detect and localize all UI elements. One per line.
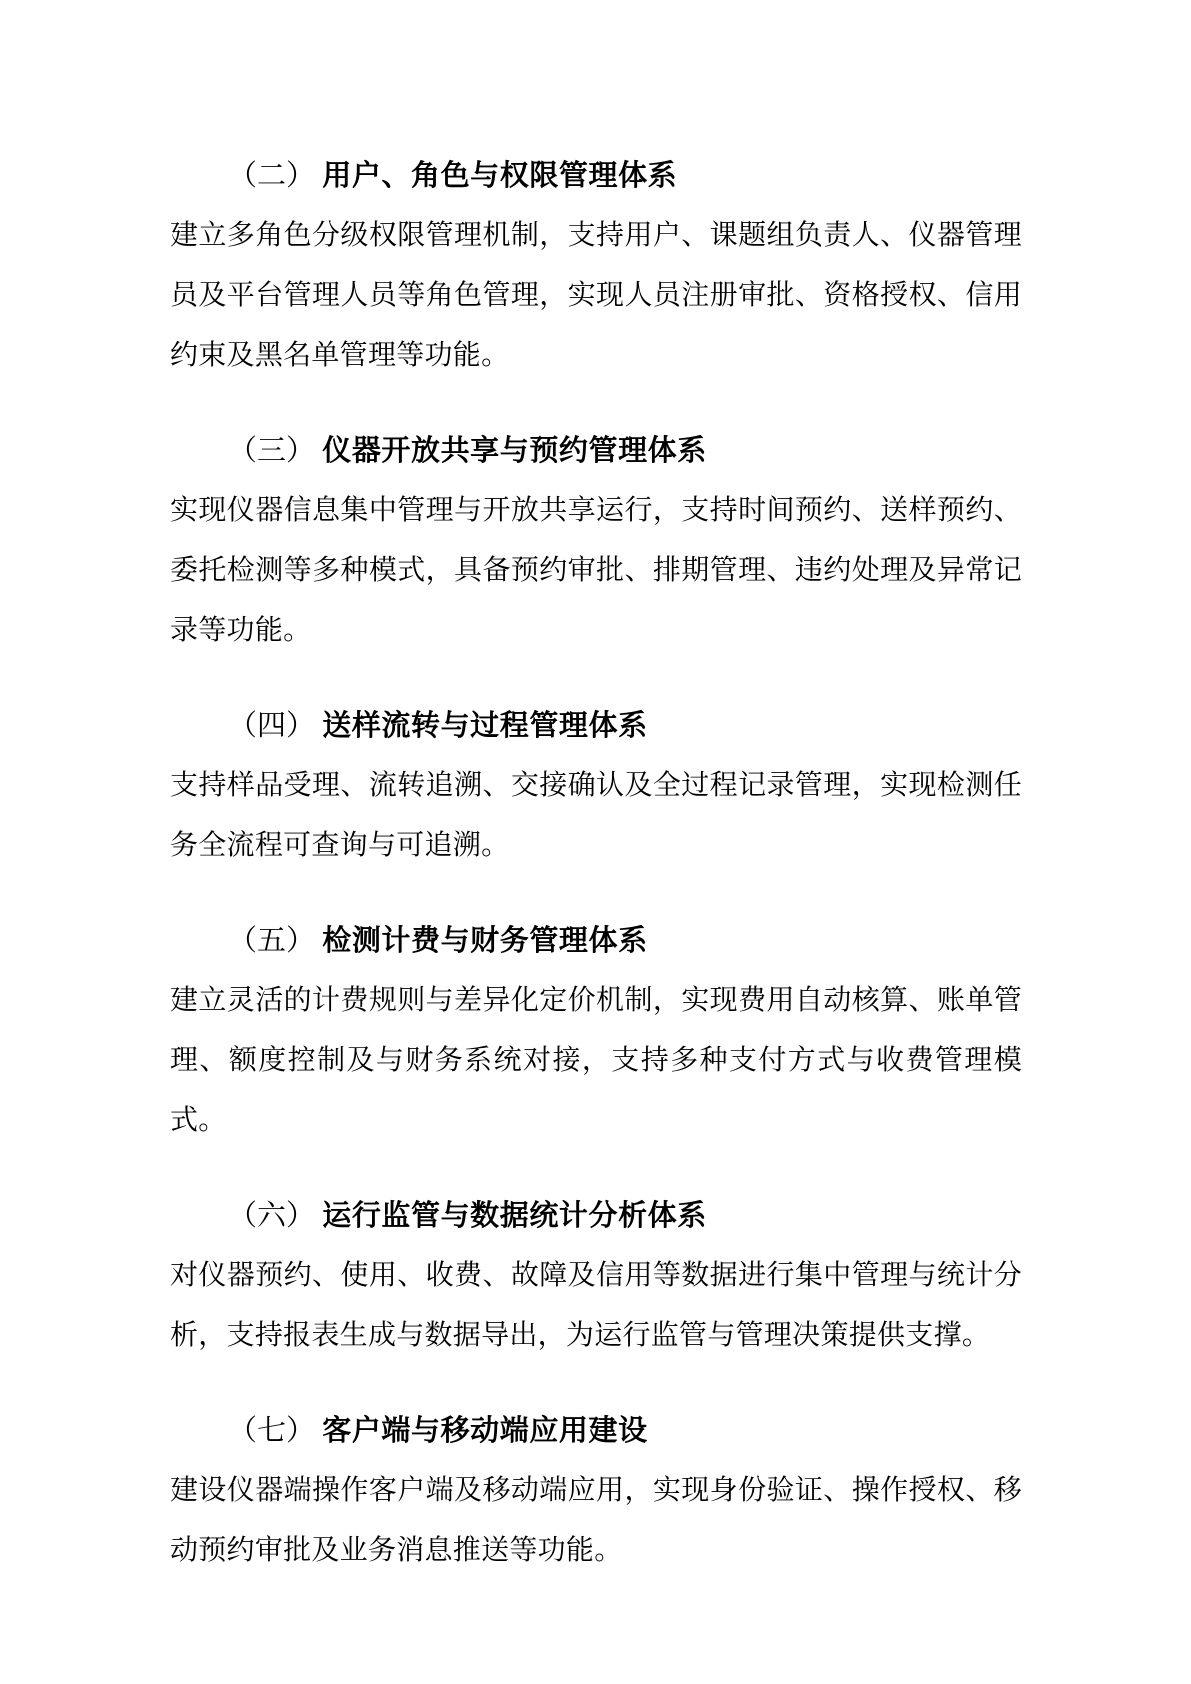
section-number: （七） [228,1415,315,1447]
section-paragraph: 实现仪器信息集中管理与开放共享运行，支持时间预约、送样预约、委托检测等多种模式，… [170,481,1022,661]
section-number: （五） [228,925,315,957]
section-title: 运行监管与数据统计分析体系 [322,1200,707,1232]
section-5: （五）检测计费与财务管理体系 建立灵活的计费规则与差异化定价机制，实现费用自动核… [170,911,1022,1151]
section-3: （三）仪器开放共享与预约管理体系 实现仪器信息集中管理与开放共享运行，支持时间预… [170,421,1022,661]
section-number: （二） [228,160,315,192]
section-title: 检测计费与财务管理体系 [322,925,647,957]
section-7: （七）客户端与移动端应用建设 建设仪器端操作客户端及移动端应用，实现身份验证、操… [170,1401,1022,1581]
section-4: （四）送样流转与过程管理体系 支持样品受理、流转追溯、交接确认及全过程记录管理，… [170,696,1022,876]
section-heading: （六）运行监管与数据统计分析体系 [170,1186,1022,1246]
section-number: （四） [228,710,315,742]
section-title: 送样流转与过程管理体系 [322,710,647,742]
section-heading: （三）仪器开放共享与预约管理体系 [170,421,1022,481]
section-number: （三） [228,435,315,467]
section-heading: （二）用户、角色与权限管理体系 [170,146,1022,206]
section-number: （六） [228,1200,315,1232]
section-title: 用户、角色与权限管理体系 [322,160,677,192]
section-title: 客户端与移动端应用建设 [322,1415,647,1447]
section-paragraph: 对仪器预约、使用、收费、故障及信用等数据进行集中管理与统计分析，支持报表生成与数… [170,1246,1022,1366]
section-6: （六）运行监管与数据统计分析体系 对仪器预约、使用、收费、故障及信用等数据进行集… [170,1186,1022,1366]
section-title: 仪器开放共享与预约管理体系 [322,435,707,467]
section-paragraph: 建立灵活的计费规则与差异化定价机制，实现费用自动核算、账单管理、额度控制及与财务… [170,971,1022,1151]
section-2: （二）用户、角色与权限管理体系 建立多角色分级权限管理机制，支持用户、课题组负责… [170,146,1022,386]
section-paragraph: 建设仪器端操作客户端及移动端应用，实现身份验证、操作授权、移动预约审批及业务消息… [170,1461,1022,1581]
section-heading: （四）送样流转与过程管理体系 [170,696,1022,756]
section-heading: （七）客户端与移动端应用建设 [170,1401,1022,1461]
section-heading: （五）检测计费与财务管理体系 [170,911,1022,971]
document-content: （二）用户、角色与权限管理体系 建立多角色分级权限管理机制，支持用户、课题组负责… [170,146,1022,1581]
document-page: （二）用户、角色与权限管理体系 建立多角色分级权限管理机制，支持用户、课题组负责… [0,0,1191,1684]
section-paragraph: 支持样品受理、流转追溯、交接确认及全过程记录管理，实现检测任务全流程可查询与可追… [170,756,1022,876]
section-paragraph: 建立多角色分级权限管理机制，支持用户、课题组负责人、仪器管理员及平台管理人员等角… [170,206,1022,386]
